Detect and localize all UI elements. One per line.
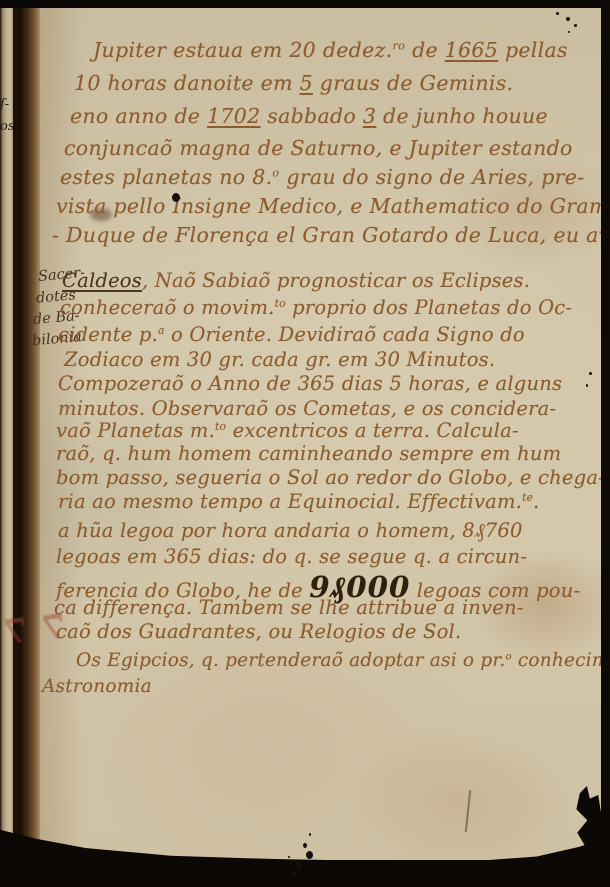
photo-edge-top: [0, 0, 610, 8]
text-segment: grau do signo de Aries, pre-: [280, 165, 585, 189]
text-segment: .: [533, 490, 539, 513]
text-segment: 3: [363, 104, 376, 128]
manuscript-line: caõ dos Guadrantes, ou Relogios de Sol.: [56, 620, 461, 643]
ink-blot: [172, 193, 180, 202]
text-segment: 10 horas danoite em: [74, 71, 300, 95]
text-segment: ro: [392, 40, 405, 53]
manuscript-line: estes planetas no 8.o grau do signo de A…: [60, 165, 584, 189]
photo-edge-right: [601, 0, 610, 887]
manuscript-line: eno anno de 1702 sabbado 3 de junho houu…: [70, 104, 548, 128]
manuscript-line: Jupiter estaua em 20 dedez.ro de 1665 pe…: [93, 38, 568, 62]
manuscript-line: a hũa legoa por hora andaria o homem, 8₰…: [58, 519, 523, 543]
manuscript-line: Zodiaco em 30 gr. cada gr. em 30 Minutos…: [64, 348, 495, 371]
text-segment: estes planetas no 8.: [60, 165, 272, 189]
manuscript-line: Caldeos, Naõ Sabiaõ prognosticar os Ecli…: [62, 269, 530, 292]
ink-splatter: [292, 872, 296, 877]
text-segment: pellas: [498, 38, 568, 62]
manuscript-line: Compozeraõ o Anno de 365 dias 5 horas, e…: [58, 372, 562, 395]
text-segment: graus de Geminis.: [313, 71, 513, 95]
text-segment: a: [158, 324, 165, 337]
ink-speck: [566, 17, 570, 21]
text-segment: - Duque de Florença el Gran Gotardo de L…: [52, 223, 610, 247]
manuscript-line: bom passo, segueria o Sol ao redor do Gl…: [56, 466, 605, 489]
text-segment: eno anno de: [70, 104, 207, 128]
text-segment: ca differença. Tambem se lhe attribue a …: [54, 596, 524, 619]
ink-splatter: [309, 833, 311, 836]
text-segment: a hũa legoa por hora andaria o homem, 8₰…: [58, 519, 523, 542]
manuscript-line: legoas em 365 dias: do q. se segue q. a …: [56, 545, 527, 568]
text-segment: te: [522, 491, 533, 504]
text-segment: 1665: [445, 38, 498, 62]
manuscript-line: Astronomia: [42, 676, 152, 697]
text-segment: 1702: [207, 104, 260, 128]
text-segment: raõ, q. hum homem caminheando sempre em …: [56, 442, 561, 465]
manuscript-line: vaõ Planetas m.to excentricos a terra. C…: [56, 419, 519, 442]
text-segment: Caldeos: [62, 269, 142, 292]
text-segment: caõ dos Guadrantes, ou Relogios de Sol.: [56, 620, 461, 643]
ink-speck: [556, 12, 559, 15]
text-segment: cidente p.: [58, 323, 158, 346]
ink-splatter: [303, 843, 307, 848]
text-segment: de junho houue: [376, 104, 548, 128]
manuscript-line: cidente p.a o Oriente. Devidiraõ cada Si…: [58, 323, 525, 346]
ink-splatter: [288, 856, 290, 858]
manuscript-line: conheceraõ o movim.to proprio dos Planet…: [60, 296, 572, 319]
text-segment: legoas em 365 dias: do q. se segue q. a …: [56, 545, 527, 568]
text-segment: Astronomia: [42, 676, 152, 697]
text-segment: vista pello Insigne Medico, e Mathematic…: [56, 194, 609, 218]
text-segment: to: [215, 420, 226, 433]
text-segment: o: [272, 167, 279, 180]
manuscript-line: ca differença. Tambem se lhe attribue a …: [54, 596, 524, 619]
manuscript-line: Os Egipcios, q. pertenderaõ adoptar asi …: [76, 650, 610, 671]
text-segment: Compozeraõ o Anno de 365 dias 5 horas, e…: [58, 372, 562, 395]
ink-speck: [574, 24, 577, 27]
ink-splatter: [296, 861, 302, 868]
text-segment: Os Egipcios, q. pertenderaõ adoptar asi …: [76, 650, 505, 671]
text-segment: , Naõ Sabiaõ prognosticar os Eclipses.: [142, 269, 530, 292]
text-segment: minutos. Observaraõ os Cometas, e os con…: [58, 397, 556, 420]
manuscript-line: raõ, q. hum homem caminheando sempre em …: [56, 442, 561, 465]
text-segment: ria ao mesmo tempo a Equinocial. Effecti…: [58, 490, 522, 513]
text-segment: conhecim.: [512, 650, 610, 671]
text-segment: conheceraõ o movim.: [60, 296, 275, 319]
manuscript-line: minutos. Observaraõ os Cometas, e os con…: [58, 397, 556, 420]
manuscript-line: - Duque de Florença el Gran Gotardo de L…: [52, 223, 610, 247]
gutter-text-fragment: os: [0, 119, 14, 134]
text-segment: Zodiaco em 30 gr. cada gr. em 30 Minutos…: [64, 348, 495, 371]
text-segment: Jupiter estaua em 20 dedez.: [93, 38, 392, 62]
ink-speck: [568, 31, 570, 33]
manuscript-line: 10 horas danoite em 5 graus de Geminis.: [74, 71, 513, 95]
ink-speck: [589, 372, 592, 375]
text-segment: vaõ Planetas m.: [56, 419, 215, 442]
manuscript-line: conjuncaõ magna de Saturno, e Jupiter es…: [64, 136, 573, 160]
text-segment: o Oriente. Devidiraõ cada Signo do: [165, 323, 525, 346]
text-segment: excentricos a terra. Calcula-: [226, 419, 519, 442]
ink-speck: [586, 384, 588, 387]
manuscript-line: vista pello Insigne Medico, e Mathematic…: [56, 194, 609, 218]
manuscript-line: ria ao mesmo tempo a Equinocial. Effecti…: [58, 490, 540, 513]
text-segment: 5: [300, 71, 313, 95]
text-segment: to: [275, 297, 286, 310]
text-segment: de: [405, 38, 445, 62]
manuscript-page: ſ- os Jupiter estaua em 20 dedez.ro de 1…: [0, 0, 610, 887]
text-segment: sabbado: [260, 104, 362, 128]
ink-splatter: [306, 851, 313, 859]
text-segment: conjuncaõ magna de Saturno, e Jupiter es…: [64, 136, 573, 160]
text-segment: bom passo, segueria o Sol ao redor do Gl…: [56, 466, 605, 489]
gutter-text-fragment: ſ-: [0, 97, 14, 112]
text-segment: proprio dos Planetas do Oc-: [286, 296, 572, 319]
